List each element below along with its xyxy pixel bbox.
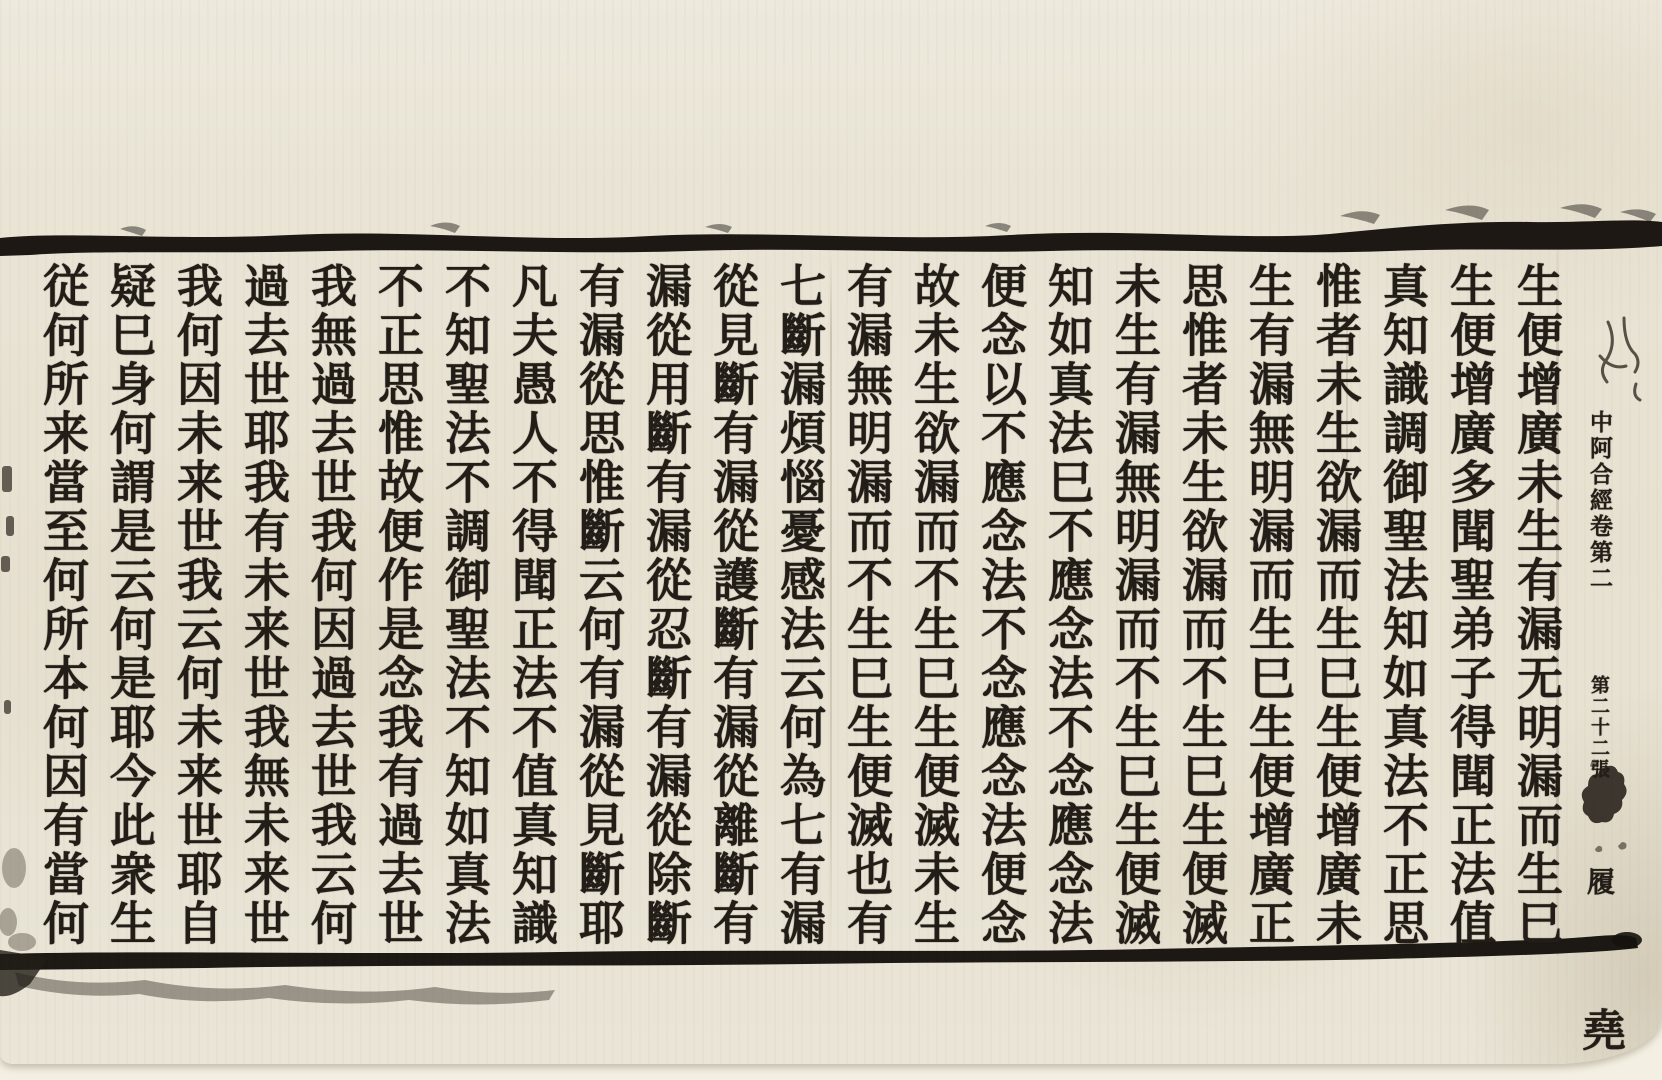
text-column: 有漏無明漏而不生巳生便滅也有 bbox=[843, 262, 890, 952]
text-column: 真知識調御聖法知如真法不正思 bbox=[1379, 262, 1426, 952]
text-column: 思惟者未生欲漏而不生巳生便滅 bbox=[1178, 262, 1225, 952]
sutra-title: 中阿合經卷第二 bbox=[1586, 410, 1612, 592]
text-column: 從見斷有漏從護斷有漏從離斷有 bbox=[709, 262, 756, 952]
text-column: 生便增廣未生有漏无明漏而生巳 bbox=[1513, 262, 1560, 952]
text-column: 便念以不應念法不念應念法便念 bbox=[977, 262, 1024, 952]
text-column: 未生有漏無明漏而不生巳生便滅 bbox=[1111, 262, 1158, 952]
text-column: 凡夫愚人不得聞正法不值真知識 bbox=[508, 262, 555, 952]
text-column: 従何所来當至何所本何因有當何 bbox=[39, 262, 86, 952]
text-column: 生有漏無明漏而生巳生便增廣正 bbox=[1245, 262, 1292, 952]
text-column: 知如真法巳不應念法不念應念法 bbox=[1044, 262, 1091, 952]
text-columns: 中阿合經卷第二 第二十二張 履 堯 生便增廣未生有漏无明漏而生巳生便增廣多聞聖弟… bbox=[39, 262, 1622, 952]
case-mark: 履 bbox=[1583, 867, 1616, 898]
text-column: 七斷漏煩惱憂感法云何為七有漏 bbox=[776, 262, 823, 952]
text-column: 不知聖法不調御聖法不知如真法 bbox=[441, 262, 488, 952]
sheet-number: 第二十二張 bbox=[1588, 675, 1610, 780]
text-column: 我何因未来世我云何未来世耶自 bbox=[173, 262, 220, 952]
text-column: 生便增廣多聞聖弟子得聞正法值 bbox=[1446, 262, 1493, 952]
text-column: 我無過去世我何因過去世我云何 bbox=[307, 262, 354, 952]
sutra-sheet: 中阿合經卷第二 第二十二張 履 堯 生便增廣未生有漏无明漏而生巳生便增廣多聞聖弟… bbox=[0, 0, 1662, 1080]
text-column: 漏從用斷有漏從忍斷有漏從除斷 bbox=[642, 262, 689, 952]
text-column: 惟者未生欲漏而生巳生便增廣未 bbox=[1312, 262, 1359, 952]
text-column: 有漏從思惟斷云何有漏從見斷耶 bbox=[575, 262, 622, 952]
text-column: 疑巳身何謂是云何是耶今此衆生 bbox=[106, 262, 153, 952]
header-column: 中阿合經卷第二 第二十二張 履 堯 bbox=[1580, 262, 1622, 952]
text-column: 不正思惟故便作是念我有過去世 bbox=[374, 262, 421, 952]
text-column: 故未生欲漏而不生巳生便滅未生 bbox=[910, 262, 957, 952]
text-column: 過去世耶我有未来世我無未来世 bbox=[240, 262, 287, 952]
lower-mark: 堯 bbox=[1574, 1007, 1625, 1054]
